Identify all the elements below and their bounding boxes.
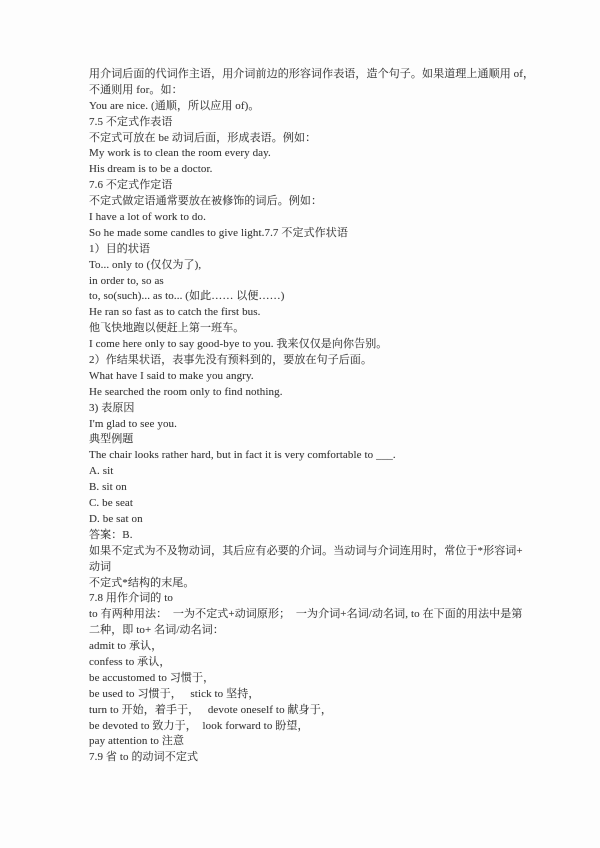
text-line: B. sit on (89, 480, 529, 496)
text-line: pay attention to 注意 (89, 734, 529, 750)
text-line: To... only to (仅仅为了), (89, 258, 529, 274)
document-body: 用介词后面的代词作主语，用介词前边的形容词作表语，造个句子。如果道理上通顺用 o… (89, 67, 529, 766)
text-line: He ran so fast as to catch the first bus… (89, 305, 529, 321)
text-line: turn to 开始，着手于， devote oneself to 献身于， (89, 703, 529, 719)
text-line: I come here only to say good-bye to you.… (89, 337, 529, 353)
text-line: My work is to clean the room every day. (89, 146, 529, 162)
text-line: be devoted to 致力于， look forward to 盼望， (89, 719, 529, 735)
text-line: 答案：B. (89, 528, 529, 544)
document-page: 用介词后面的代词作主语，用介词前边的形容词作表语，造个句子。如果道理上通顺用 o… (0, 0, 600, 848)
text-line: 7.6 不定式作定语 (89, 178, 529, 194)
text-line: 用介词后面的代词作主语，用介词前边的形容词作表语，造个句子。如果道理上通顺用 o… (89, 67, 529, 83)
text-line: 7.8 用作介词的 to (89, 591, 529, 607)
text-line: be used to 习惯于， stick to 坚持， (89, 687, 529, 703)
text-line: D. be sat on (89, 512, 529, 528)
text-line: The chair looks rather hard, but in fact… (89, 448, 529, 464)
text-line: His dream is to be a doctor. (89, 162, 529, 178)
text-line: 7.5 不定式作表语 (89, 115, 529, 131)
text-line: to 有两种用法： 一为不定式+动词原形； 一为介词+名词/动名词, to 在下… (89, 607, 529, 623)
text-line: A. sit (89, 464, 529, 480)
text-line: 如果不定式为不及物动词，其后应有必要的介词。当动词与介词连用时，常位于*形容词+ (89, 544, 529, 560)
text-line: 二种，即 to+ 名词/动名词： (89, 623, 529, 639)
text-line: 动词 (89, 560, 529, 576)
text-line: What have I said to make you angry. (89, 369, 529, 385)
text-line: 典型例题 (89, 432, 529, 448)
text-line: I'm glad to see you. (89, 417, 529, 433)
text-line: 不定式做定语通常要放在被修饰的词后。例如： (89, 194, 529, 210)
text-line: admit to 承认， (89, 639, 529, 655)
text-line: 不定式*结构的末尾。 (89, 576, 529, 592)
text-line: 不定式可放在 be 动词后面，形成表语。例如： (89, 131, 529, 147)
text-line: to, so(such)... as to... (如此…… 以便……) (89, 289, 529, 305)
text-line: So he made some candles to give light.7.… (89, 226, 529, 242)
text-line: 7.9 省 to 的动词不定式 (89, 750, 529, 766)
text-line: You are nice. (通顺，所以应用 of)。 (89, 99, 529, 115)
text-line: 3) 表原因 (89, 401, 529, 417)
text-line: 不通则用 for。如： (89, 83, 529, 99)
text-line: 他飞快地跑以便赶上第一班车。 (89, 321, 529, 337)
text-line: in order to, so as (89, 274, 529, 290)
text-line: He searched the room only to find nothin… (89, 385, 529, 401)
text-line: 1）目的状语 (89, 242, 529, 258)
text-line: C. be seat (89, 496, 529, 512)
text-line: 2）作结果状语，表事先没有预料到的，要放在句子后面。 (89, 353, 529, 369)
text-line: be accustomed to 习惯于， (89, 671, 529, 687)
text-line: confess to 承认， (89, 655, 529, 671)
text-line: I have a lot of work to do. (89, 210, 529, 226)
